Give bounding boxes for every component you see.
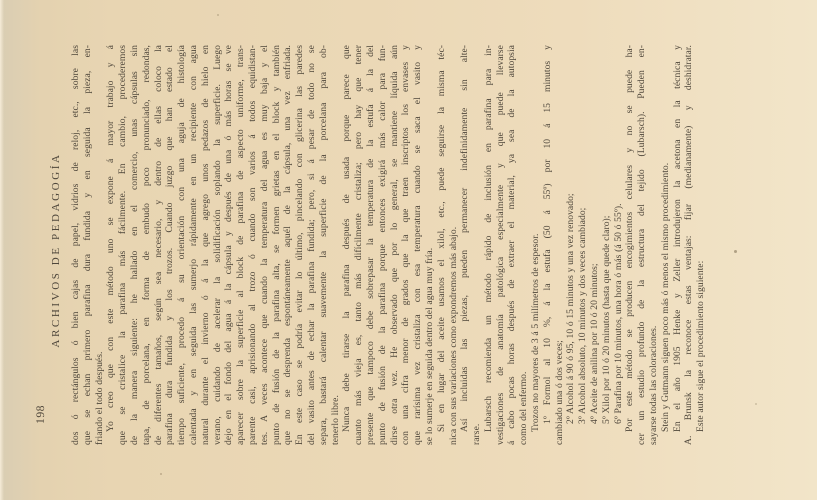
text-line: que rarísima vez cristaliza con esa temp…	[412, 45, 424, 445]
text-line: tenerlo libre.	[330, 45, 342, 445]
text-line: se lo sumerje en seguida dentro del agua…	[424, 45, 436, 445]
text-line: calentada y en seguida las sumerjo rápid…	[188, 45, 200, 445]
book-page-rotated-ccw: 198 ARCHIVOS DE PEDAGOGÍA dos ó rectángu…	[0, 0, 817, 500]
text-line: nica con sus variaciones como expondremo…	[448, 45, 460, 445]
text-line: En el año 1905 Henke y Zeller introdujer…	[672, 45, 684, 445]
text-line: separa, bastará calentar suavemente la s…	[318, 45, 330, 445]
text-line: 1º Formol al 10 %, á la estufa (50 á 55º…	[542, 45, 554, 445]
text-line: 3º Alcohol absoluto, 10 minutos y dos ve…	[577, 45, 589, 445]
ink-speck	[755, 403, 757, 405]
text-line: parente casi, aprisionando al trozo ó cu…	[247, 45, 259, 445]
text-line: rarse.	[471, 45, 483, 445]
text-line: Yo creo que con este método uno se expon…	[105, 45, 117, 445]
text-line: 5º Xilol por 10 ó 20 minutos (hasta que …	[601, 45, 613, 445]
text-line: parafina dura fundida y los trozos. Cuan…	[164, 45, 176, 445]
page-scan-edge	[0, 0, 4, 500]
text-line: Nunca debe tirarse la parafina después d…	[341, 45, 353, 445]
text-line: á cabo pocas horas después de extraer el…	[506, 45, 518, 445]
text-line: 6º Parafina por 10 minutos, una hora ó m…	[613, 45, 625, 445]
text-line: Lubarsch recomienda un método rápido de …	[483, 45, 495, 445]
text-line: Si en lugar del aceite usamos el xilol, …	[436, 45, 448, 445]
text-line: tapa, de porcelana, en forma de embudo p…	[141, 45, 153, 445]
text-line: que se cristalice la parafina más fácilm…	[117, 45, 129, 445]
text-line: Este autor sigue el procedimiento siguie…	[695, 45, 707, 445]
text-line: dejo en el fondo del agua á la cápsula y…	[223, 45, 235, 445]
text-line: como del enfermo.	[518, 45, 530, 445]
text-line: dirse otra vez. He observado que por lo …	[389, 45, 401, 445]
text-line: Por este método se producen encogimiento…	[624, 45, 636, 445]
text-line: verano, cuidando de acelerar la solidifi…	[212, 45, 224, 445]
text-line: dos ó rectángulos ó bien cajas de papel,…	[70, 45, 82, 445]
scanned-book-page-screenshot: 198 ARCHIVOS DE PEDAGOGÍA dos ó rectángu…	[0, 0, 817, 500]
text-line: tes. A veces acontece que cuando la temp…	[259, 45, 271, 445]
ink-speck	[734, 250, 737, 253]
text-line: Así incluidas las piezas, pueden permane…	[459, 45, 471, 445]
text-line: punto de fusión de la parafina porque en…	[377, 45, 389, 445]
text-line: 2º Alcohol á 90 ó 95, 10 ó 15 minutos y …	[565, 45, 577, 445]
text-line: presente que tampoco debe sobrepasar la …	[365, 45, 377, 445]
text-line: punto de fusión de la parafina alta, se …	[271, 45, 283, 445]
text-line: natural durante el invierno ó á la que a…	[200, 45, 212, 445]
page-number: 198	[35, 405, 47, 424]
text-line: Stein y Gutmann siguen poco más ó menos …	[660, 45, 672, 445]
text-line: aparecer sobre la superficie al block de…	[235, 45, 247, 445]
text-line: vestigaciones de anatomía patológica esp…	[495, 45, 507, 445]
text-line: con una cifra menor de grados que la que…	[400, 45, 412, 445]
page-body-text: dos ó rectángulos ó bien cajas de papel,…	[70, 45, 707, 445]
ink-speck	[160, 473, 162, 475]
text-line: sayarse todas las coloraciones.	[648, 45, 660, 445]
text-line: tiempo suficiente, procedo á su orientac…	[176, 45, 188, 445]
text-line: de la manera siguiente: he hallado en el…	[129, 45, 141, 445]
text-line: del vasito antes de echar la parafina fu…	[306, 45, 318, 445]
text-line: cambiado una ó dos veces;	[554, 45, 566, 445]
text-line: que no se desprenda espontáneamente aqué…	[282, 45, 294, 445]
text-line: friando el todo después.	[94, 45, 106, 445]
running-head-title: ARCHIVOS DE PEDAGOGÍA	[50, 0, 62, 500]
text-line: cer un estudio profundo de la estructura…	[636, 45, 648, 445]
text-line: Trozos no mayores de 3 á 5 milímetros de…	[530, 45, 542, 445]
text-line: A. Brunsk la reconoce estas ventajas: fi…	[683, 45, 695, 445]
ink-speck	[217, 14, 219, 16]
text-line: En este caso se podría evitar lo último,…	[294, 45, 306, 445]
text-line: de diferentes tamaños, según sea necesar…	[153, 45, 165, 445]
text-line: que se echan primero parafina dura fundi…	[82, 45, 94, 445]
text-line: 4º Aceite de anilina por 10 ó 20 minutos…	[589, 45, 601, 445]
text-line: cuanto más vieja es, tanto más difícilme…	[353, 45, 365, 445]
